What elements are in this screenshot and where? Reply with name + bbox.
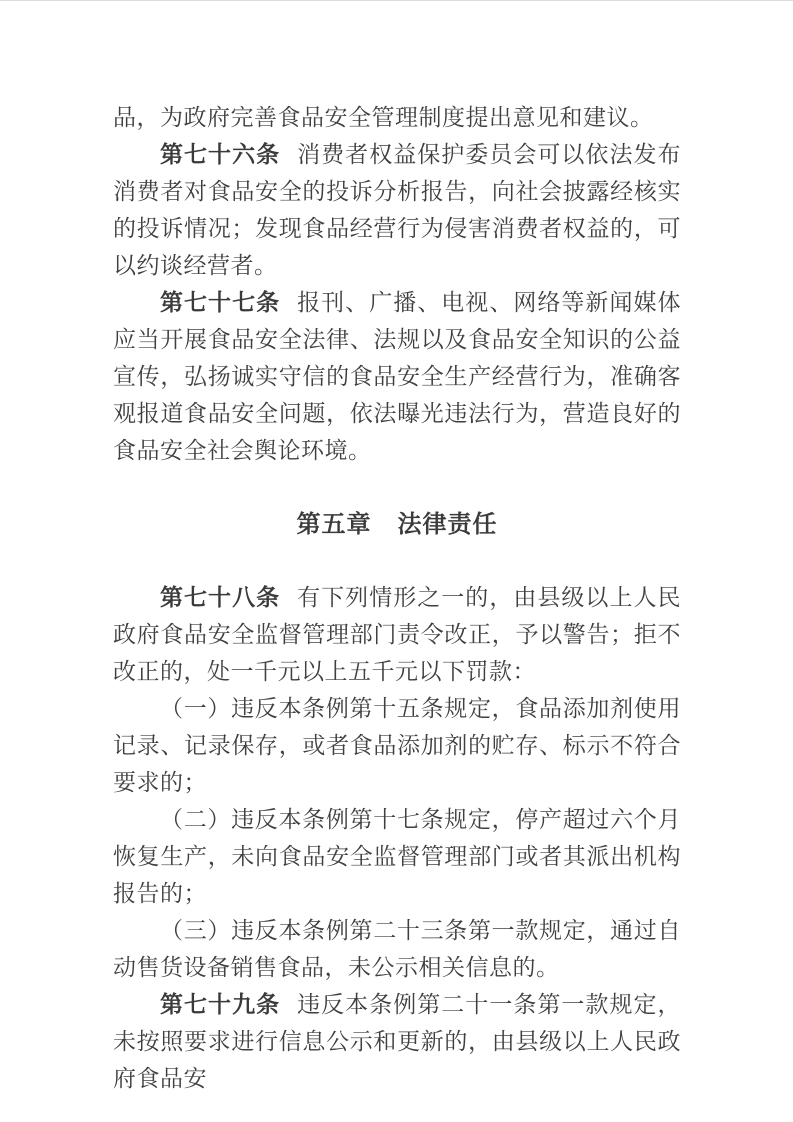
paragraph-article-78: 第七十八条有下列情形之一的，由县级以上人民政府食品安全监督管理部门责令改正，予以… bbox=[113, 579, 681, 690]
list-item-2-text: （二）违反本条例第十七条规定，停产超过六个月恢复生产，未向食品安全监督管理部门或… bbox=[113, 807, 681, 906]
list-item-1-text: （一）违反本条例第十五条规定，食品添加剂使用记录、记录保存，或者食品添加剂的贮存… bbox=[113, 696, 681, 795]
article-79-number: 第七十九条 bbox=[160, 991, 280, 1017]
page-top-border bbox=[0, 0, 793, 1]
article-76-number: 第七十六条 bbox=[160, 141, 280, 167]
chapter-title: 法律责任 bbox=[398, 511, 498, 538]
list-item-1: （一）违反本条例第十五条规定，食品添加剂使用记录、记录保存，或者食品添加剂的贮存… bbox=[113, 690, 681, 801]
paragraph-article-76: 第七十六条消费者权益保护委员会可以依法发布消费者对食品安全的投诉分析报告，向社会… bbox=[113, 136, 681, 284]
paragraph-article-79: 第七十九条违反本条例第二十一条第一款规定，未按照要求进行信息公示和更新的，由县级… bbox=[113, 986, 681, 1097]
chapter-heading: 第五章法律责任 bbox=[113, 506, 681, 543]
article-78-number: 第七十八条 bbox=[160, 584, 280, 610]
list-item-3-text: （三）违反本条例第二十三条第一款规定，通过自动售货设备销售食品，未公示相关信息的… bbox=[113, 918, 681, 980]
paragraph-continuation-text: 品，为政府完善食品安全管理制度提出意见和建议。 bbox=[113, 105, 654, 130]
document-page: 品，为政府完善食品安全管理制度提出意见和建议。 第七十六条消费者权益保护委员会可… bbox=[0, 0, 793, 1122]
list-item-2: （二）违反本条例第十七条规定，停产超过六个月恢复生产，未向食品安全监督管理部门或… bbox=[113, 801, 681, 912]
chapter-number: 第五章 bbox=[297, 511, 372, 538]
paragraph-article-77: 第七十七条报刊、广播、电视、网络等新闻媒体应当开展食品安全法律、法规以及食品安全… bbox=[113, 284, 681, 469]
paragraph-continuation: 品，为政府完善食品安全管理制度提出意见和建议。 bbox=[113, 99, 681, 136]
article-77-number: 第七十七条 bbox=[160, 289, 280, 315]
article-77-text: 报刊、广播、电视、网络等新闻媒体应当开展食品安全法律、法规以及食品安全知识的公益… bbox=[113, 290, 681, 463]
list-item-3: （三）违反本条例第二十三条第一款规定，通过自动售货设备销售食品，未公示相关信息的… bbox=[113, 912, 681, 986]
